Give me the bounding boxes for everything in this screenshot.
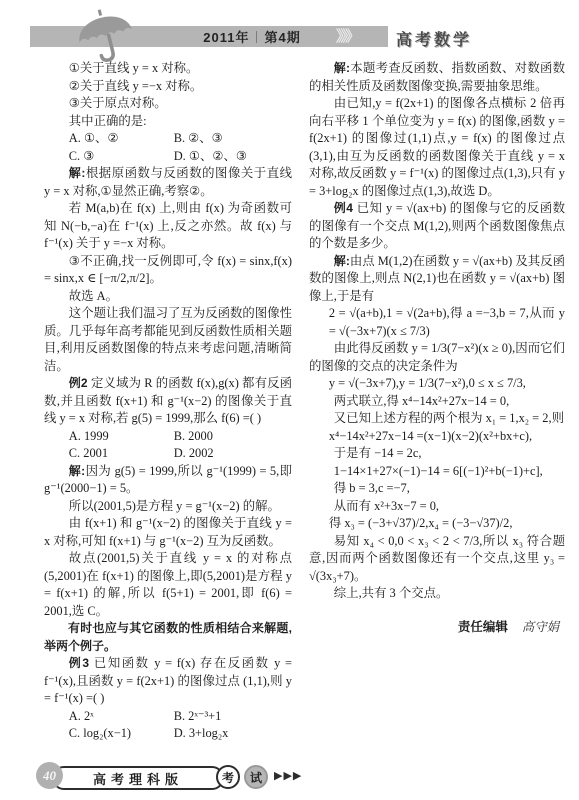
paragraph: 例4 已知 y = √(ax+b) 的图像与它的反函数的图像有一个交点 M(1,… <box>309 200 565 253</box>
paragraph: 其中正确的是: <box>44 113 292 131</box>
issue-divider <box>256 31 257 43</box>
journal-title: 高考数学 <box>396 27 472 50</box>
paragraph: ③不正确,找一反例即可,令 f(x) = sinx,f(x) = sinx,x … <box>44 253 292 288</box>
choice: D. 3+log₂x <box>174 725 229 743</box>
choice-row: C. ③D. ①、②、③ <box>44 148 292 166</box>
paragraph: 故点(2001,5)关于直线 y = x 的对称点(5,2001)在 f(x+1… <box>44 550 292 620</box>
paragraph: 解:本题考查反函数、指数函数、对数函数的相关性质及函数图像变换,需要抽象思维。 <box>309 60 565 95</box>
choice-row: A. 2ˣB. 2ˣ⁻³+1 <box>44 708 292 726</box>
choice: B. 2ˣ⁻³+1 <box>174 708 222 726</box>
choice: C. 2001 <box>69 445 174 463</box>
choice-row: C. 2001D. 2002 <box>44 445 292 463</box>
choice: A. 1999 <box>69 428 174 446</box>
arrows-icon: ▶▶▶ <box>274 769 302 782</box>
paragraph: 有时也应与其它函数的性质相结合来解题,举两个例子。 <box>44 620 292 655</box>
series-title: 高考理科版 <box>52 766 224 790</box>
paragraph: 易知 x₄ < 0,0 < x₃ < 2 < 7/3,所以 x₃ 符合题意,因而… <box>309 533 565 586</box>
choice: B. ②、③ <box>174 130 223 148</box>
paragraph: 两式联立,得 x⁴−14x²+27x−14 = 0, <box>309 393 565 411</box>
paragraph: 由 f(x+1) 和 g⁻¹(x−2) 的图像关于直线 y = x 对称,可知 … <box>44 515 292 550</box>
paragraph-lead: 例3 <box>69 656 94 670</box>
paragraph: 若 M(a,b)在 f(x) 上,则由 f(x) 为奇函数可知 N(−b,−a)… <box>44 200 292 253</box>
left-column: ①关于直线 y = x 对称。②关于直线 y =−x 对称。③关于原点对称。其中… <box>44 60 292 743</box>
choice: B. 2000 <box>174 428 213 446</box>
choice-row: C. log₂(x−1)D. 3+log₂x <box>44 725 292 743</box>
editor-name: 高守娟 <box>522 620 559 634</box>
umbrella-icon <box>66 3 144 65</box>
formula: y = √(−3x+7),y = 1/3(7−x²),0 ≤ x ≤ 7/3, <box>309 375 565 393</box>
choice-row: A. ①、②B. ②、③ <box>44 130 292 148</box>
badge-shi: 试 <box>244 765 268 789</box>
formula: 得 x₃ = (−3+√37)/2,x₄ = (−3−√37)/2, <box>309 515 565 533</box>
page-number-badge: 40 <box>36 762 63 789</box>
issue-number: 第4期 <box>264 27 300 46</box>
issue-info: 2011年 第4期 <box>172 27 332 46</box>
choice-row: A. 1999B. 2000 <box>44 428 292 446</box>
paragraph: 从而有 x²+3x−7 = 0, <box>309 498 565 516</box>
chevrons-icon: 》》》 <box>336 25 357 46</box>
paragraph: 综上,共有 3 个交点。 <box>309 585 565 603</box>
paragraph: 解:根据原函数与反函数的图像关于直线 y = x 对称,①显然正确,考察②。 <box>44 165 292 200</box>
paragraph: 所以(2001,5)是方程 y = g⁻¹(x−2) 的解。 <box>44 498 292 516</box>
formula: x⁴−14x²+27x−14 =(x−1)(x−2)(x²+bx+c), <box>309 428 565 446</box>
paragraph-lead: 例2 <box>69 376 91 390</box>
right-column: 解:本题考查反函数、指数函数、对数函数的相关性质及函数图像变换,需要抽象思维。由… <box>309 60 565 743</box>
paragraph-lead: 例4 <box>334 201 357 215</box>
issue-year: 2011年 <box>203 27 249 46</box>
paragraph: 这个题让我们温习了互为反函数的图像性质。几乎每年高考都能见到反函数性质相关题目,… <box>44 305 292 375</box>
paragraph: 由此得反函数 y = 1/3(7−x²)(x ≥ 0),因而它们的图像的交点的决… <box>309 340 565 375</box>
choice: D. ①、②、③ <box>174 148 247 166</box>
paragraph-lead: 解: <box>334 61 350 75</box>
paragraph: 例2 定义域为 R 的函数 f(x),g(x) 都有反函数,并且函数 f(x+1… <box>44 375 292 428</box>
paragraph: ①关于直线 y = x 对称。 <box>44 60 292 78</box>
article-body: ①关于直线 y = x 对称。②关于直线 y =−x 对称。③关于原点对称。其中… <box>44 60 565 743</box>
paragraph: 于是有 −14 = 2c, <box>309 445 565 463</box>
editor-label: 责任编辑 <box>458 620 508 634</box>
magazine-page: 2011年 第4期 》》》 高考数学 ①关于直线 y = x 对称。②关于直线 … <box>0 0 579 800</box>
paragraph: 解:由点 M(1,2)在函数 y = √(ax+b) 及其反函数的图像上,则点 … <box>309 253 565 306</box>
paragraph: ③关于原点对称。 <box>44 95 292 113</box>
paragraph-lead: 解: <box>69 464 85 478</box>
editor-credit: 责任编辑高守娟 <box>309 619 565 637</box>
page-footer: 40 高考理科版 考 试 ▶▶▶ <box>36 762 336 792</box>
choice: D. 2002 <box>174 445 214 463</box>
formula: 2 = √(a+b),1 = √(2a+b),得 a =−3,b = 7,从而 … <box>309 305 565 340</box>
paragraph: 故选 A。 <box>44 288 292 306</box>
paragraph: 例3 已知函数 y = f(x) 存在反函数 y = f⁻¹(x),且函数 y … <box>44 655 292 708</box>
paragraph-lead: 解: <box>334 254 350 268</box>
paragraph: 由已知,y = f(2x+1) 的图像各点横标 2 倍再向右平移 1 个单位变为… <box>309 95 565 200</box>
choice: C. ③ <box>69 148 174 166</box>
choice: C. log₂(x−1) <box>69 725 174 743</box>
paragraph: ②关于直线 y =−x 对称。 <box>44 78 292 96</box>
choice: A. 2ˣ <box>69 708 174 726</box>
paragraph: 1−14×1+27×(−1)−14 = 6[(−1)²+b(−1)+c], <box>309 463 565 481</box>
paragraph: 又已知上述方程的两个根为 x₁ = 1,x₂ = 2,则 <box>309 410 565 428</box>
paragraph: 得 b = 3,c =−7, <box>309 480 565 498</box>
choice: A. ①、② <box>69 130 174 148</box>
badge-kao: 考 <box>216 765 240 789</box>
paragraph: 解:因为 g(5) = 1999,所以 g⁻¹(1999) = 5,即 g⁻¹(… <box>44 463 292 498</box>
paragraph-lead: 解: <box>69 166 86 180</box>
